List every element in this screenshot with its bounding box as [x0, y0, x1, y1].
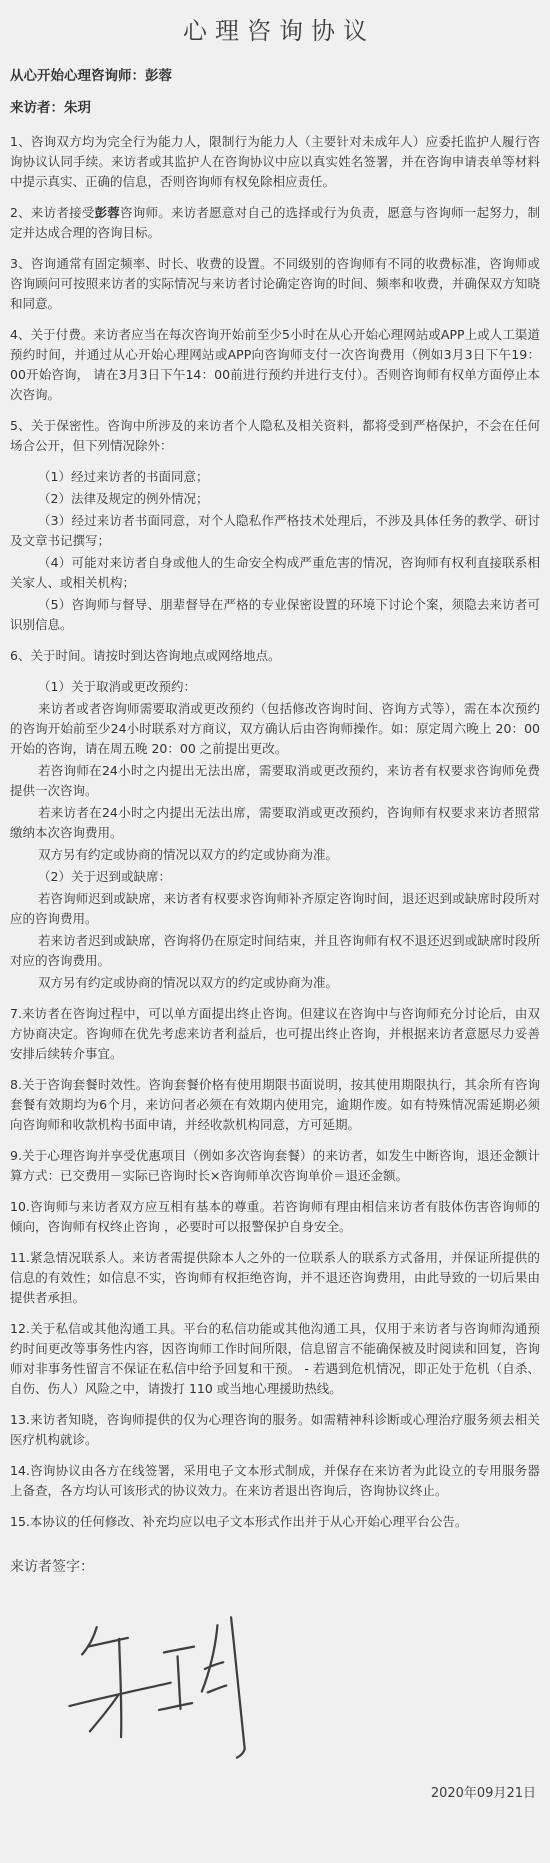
signature-ink-icon — [50, 1596, 270, 1781]
clause-12: 12.关于私信或其他沟通工具。平台的私信功能或其他沟通工具，仅用于来访者与咨询师… — [10, 1319, 540, 1399]
clause-6-item-7: 若咨询师迟到或缺席，来访者有权要求咨询师补齐原定咨询时间，退还迟到或缺席时段所对… — [10, 889, 540, 929]
clause-5-item-2: （2）法律及规定的例外情况； — [10, 489, 540, 509]
clause-11: 11.紧急情况联系人。来访者需提供除本人之外的一位联系人的联系方式备用，并保证所… — [10, 1248, 540, 1308]
clause-6-item-8: 若来访者迟到或缺席，咨询将仍在原定时间结束，并且咨询师有权不退还迟到或缺席时段所… — [10, 931, 540, 971]
signature-label: 来访者签字： — [10, 1556, 540, 1578]
clause-5-item-5: （5）咨询师与督导、朋辈督导在严格的专业保密设置的环境下讨论个案，须隐去来访者可… — [10, 595, 540, 635]
clause-6-item-4: 若来访者在24小时之内提出无法出席，需要取消或更改预约，咨询师有权要求来访者照常… — [10, 803, 540, 843]
signature-date: 2020年09月21日 — [10, 1785, 540, 1803]
clause-6-item-2: 来访者或者咨询师需要取消或更改预约（包括修改咨询时间、咨询方式等），需在本次预约… — [10, 699, 540, 759]
page-title: 心理咨询协议 — [10, 14, 540, 48]
clause-15: 15.本协议的任何修改、补充均应以电子文本形式作出并于从心开始心理平台公告。 — [10, 1512, 540, 1532]
clause-6-item-1: （1）关于取消或更改预约： — [10, 677, 540, 697]
clause-2: 2、来访者接受彭蓉咨询师。来访者愿意对自己的选择或行为负责，愿意与咨询师一起努力… — [10, 203, 540, 243]
clause-5-item-3: （3）经过来访者书面同意，对个人隐私作严格技术处理后，不涉及具体任务的教学、研讨… — [10, 511, 540, 551]
signature-handwriting — [50, 1596, 270, 1781]
clause-9: 9.关于心理咨询并享受优惠项目（例如多次咨询套餐）的来访者，如发生中断咨询，退还… — [10, 1146, 540, 1186]
clause-4: 4、关于付费。来访者应当在每次咨询开始前至少5小时在从心开始心理网站或APP上或… — [10, 325, 540, 405]
clause-2-prefix: 2、来访者接受 — [10, 205, 95, 220]
clause-5-item-1: （1）经过来访者的书面同意； — [10, 467, 540, 487]
clause-6-item-5: 双方另有约定或协商的情况以双方的约定或协商为准。 — [10, 845, 540, 865]
clause-14: 14.咨询协议由各方在线签署，采用电子文本形式制成，并保存在来访者为此设立的专用… — [10, 1461, 540, 1501]
clause-5-item-4: （4）可能对来访者自身或他人的生命安全构成严重危害的情况，咨询师有权利直接联系相… — [10, 553, 540, 593]
clause-6-item-9: 双方另有约定或协商的情况以双方的约定或协商为准。 — [10, 973, 540, 993]
clause-10: 10.咨询师与来访者双方应互相有基本的尊重。若咨询师有理由相信来访者有肢体伤害咨… — [10, 1197, 540, 1237]
counselor-name: 彭蓉 — [95, 205, 120, 220]
clause-3: 3、咨询通常有固定频率、时长、收费的设置。不同级别的咨询师有不同的收费标准，咨询… — [10, 254, 540, 314]
client-line: 来访者：朱玥 — [10, 100, 540, 117]
clause-6-intro: 6、关于时间。请按时到达咨询地点或网络地点。 — [10, 646, 540, 666]
agreement-document: 心理咨询协议 从心开始心理咨询师：彭蓉 来访者：朱玥 1、咨询双方均为完全行为能… — [0, 0, 550, 1863]
clause-7: 7.来访者在咨询过程中，可以单方面提出终止咨询。但建议在咨询中与咨询师充分讨论后… — [10, 1004, 540, 1064]
clause-5-intro: 5、关于保密性。咨询中所涉及的来访者个人隐私及相关资料，都将受到严格保护，不会在… — [10, 416, 540, 456]
counselor-line: 从心开始心理咨询师：彭蓉 — [10, 68, 540, 85]
clause-6-item-6: （2）关于迟到或缺席： — [10, 867, 540, 887]
clause-8: 8.关于咨询套餐时效性。咨询套餐价格有使用期限书面说明，按其使用期限执行，其余所… — [10, 1075, 540, 1135]
clause-6-item-3: 若咨询师在24小时之内提出无法出席，需要取消或更改预约，来访者有权要求咨询师免费… — [10, 761, 540, 801]
clause-13: 13.来访者知晓，咨询师提供的仅为心理咨询的服务。如需精神科诊断或心理治疗服务须… — [10, 1410, 540, 1450]
clause-1: 1、咨询双方均为完全行为能力人，限制行为能力人（主要针对未成年人）应委托监护人履… — [10, 132, 540, 192]
